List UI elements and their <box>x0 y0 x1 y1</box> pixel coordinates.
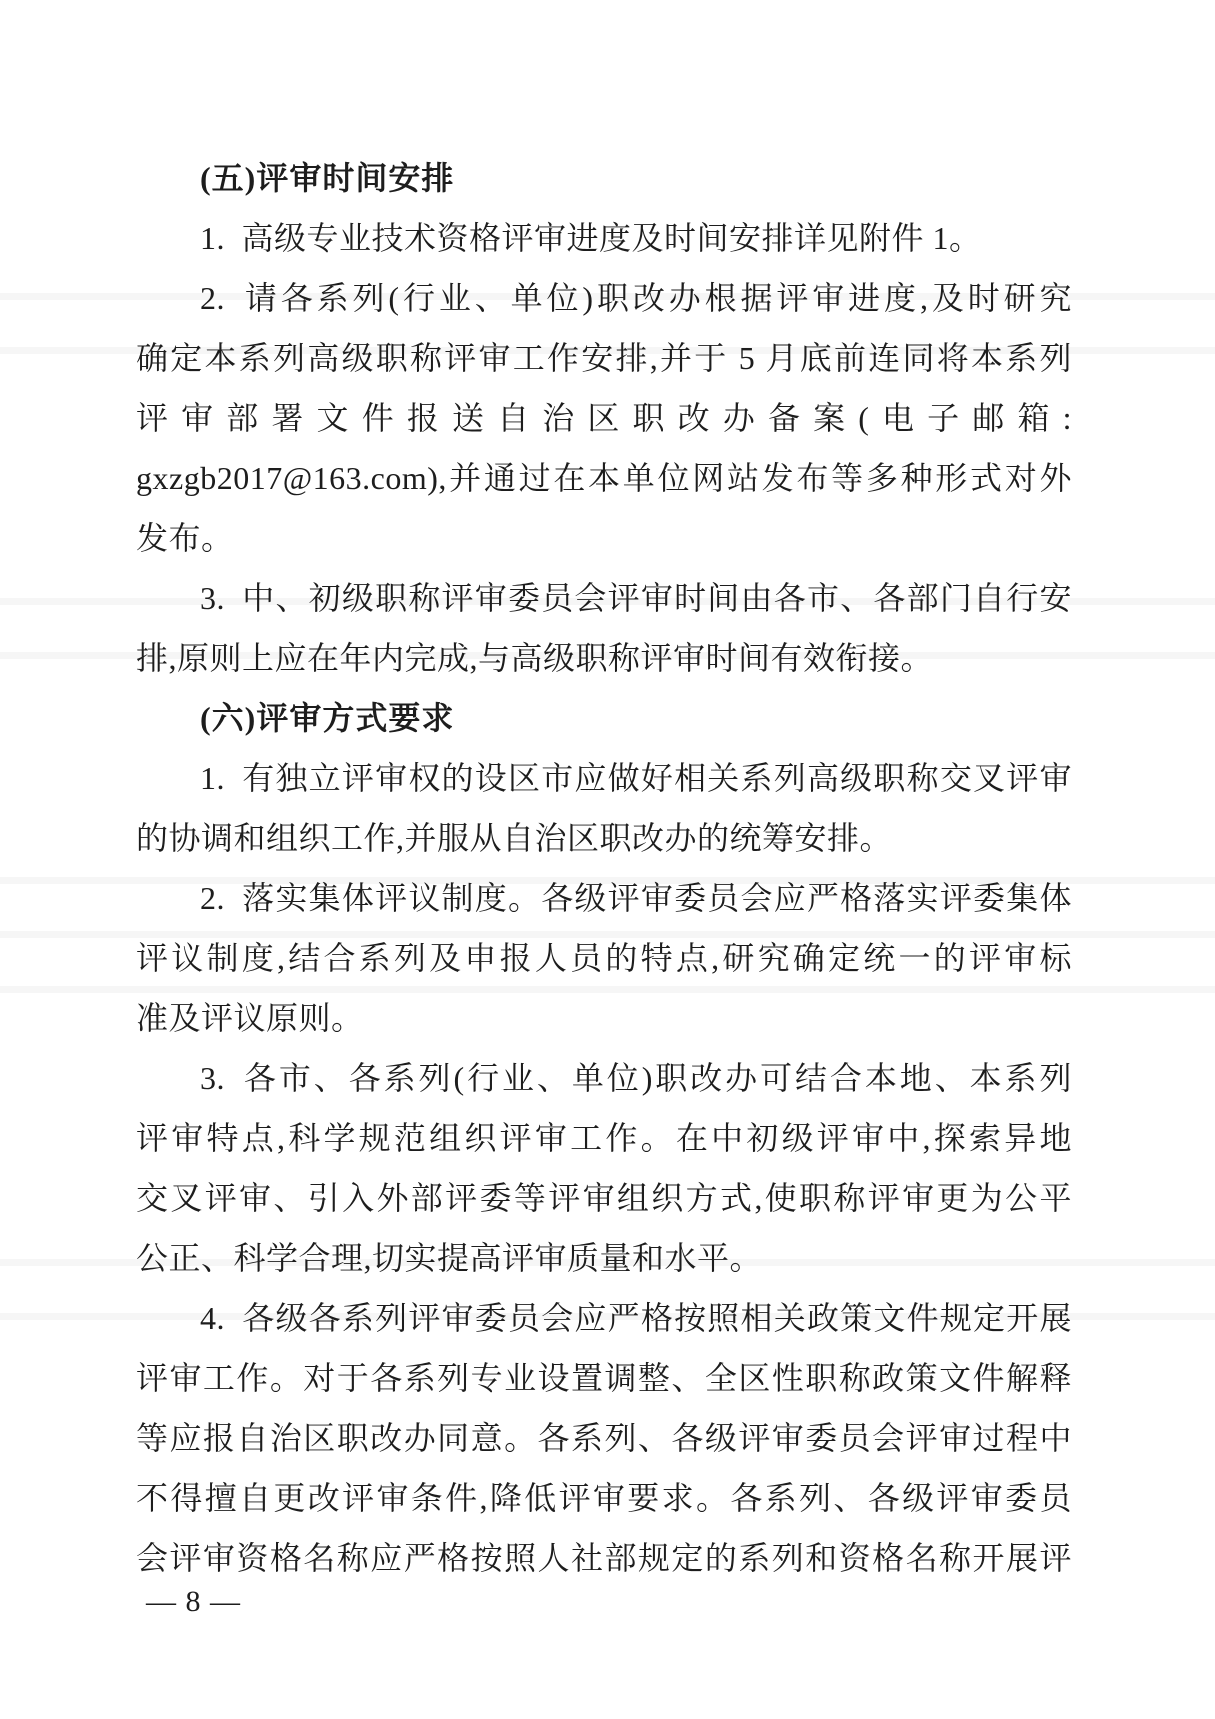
text-line: 排,原则上应在年内完成,与高级职称评审时间有效衔接。 <box>136 628 1072 688</box>
page-number: — 8 — <box>146 1582 241 1622</box>
text-line: 评审部署文件报送自治区职改办备案(电子邮箱: <box>136 388 1072 448</box>
text-line: 会评审资格名称应严格按照人社部规定的系列和资格名称开展评 <box>136 1528 1072 1588</box>
text-line: 交叉评审、引入外部评委等评审组织方式,使职称评审更为公平 <box>136 1168 1072 1228</box>
text-line: 确定本系列高级职称评审工作安排,并于 5 月底前连同将本系列 <box>136 328 1072 388</box>
text-line: 公正、科学合理,切实提高评审质量和水平。 <box>136 1228 1072 1288</box>
text-line: 评审特点,科学规范组织评审工作。在中初级评审中,探索异地 <box>136 1108 1072 1168</box>
section-heading: (六)评审方式要求 <box>136 688 1072 748</box>
section-heading: (五)评审时间安排 <box>136 148 1072 208</box>
text-line: 发布。 <box>136 508 1072 568</box>
text-line: 评议制度,结合系列及申报人员的特点,研究确定统一的评审标 <box>136 928 1072 988</box>
text-line: 3. 各市、各系列(行业、单位)职改办可结合本地、本系列 <box>136 1048 1072 1108</box>
text-line: gxzgb2017@163.com),并通过在本单位网站发布等多种形式对外 <box>136 448 1072 508</box>
text-line: 1. 有独立评审权的设区市应做好相关系列高级职称交叉评审 <box>136 748 1072 808</box>
text-line: 不得擅自更改评审条件,降低评审要求。各系列、各级评审委员 <box>136 1468 1072 1528</box>
document-page: (五)评审时间安排1. 高级专业技术资格评审进度及时间安排详见附件 1。2. 请… <box>0 0 1215 1719</box>
text-line: 4. 各级各系列评审委员会应严格按照相关政策文件规定开展 <box>136 1288 1072 1348</box>
text-line: 评审工作。对于各系列专业设置调整、全区性职称政策文件解释 <box>136 1348 1072 1408</box>
text-line: 准及评议原则。 <box>136 988 1072 1048</box>
document-body: (五)评审时间安排1. 高级专业技术资格评审进度及时间安排详见附件 1。2. 请… <box>136 148 1072 1588</box>
text-line: 1. 高级专业技术资格评审进度及时间安排详见附件 1。 <box>136 208 1072 268</box>
text-line: 2. 请各系列(行业、单位)职改办根据评审进度,及时研究 <box>136 268 1072 328</box>
text-line: 3. 中、初级职称评审委员会评审时间由各市、各部门自行安 <box>136 568 1072 628</box>
text-line: 的协调和组织工作,并服从自治区职改办的统筹安排。 <box>136 808 1072 868</box>
text-line: 2. 落实集体评议制度。各级评审委员会应严格落实评委集体 <box>136 868 1072 928</box>
text-line: 等应报自治区职改办同意。各系列、各级评审委员会评审过程中 <box>136 1408 1072 1468</box>
